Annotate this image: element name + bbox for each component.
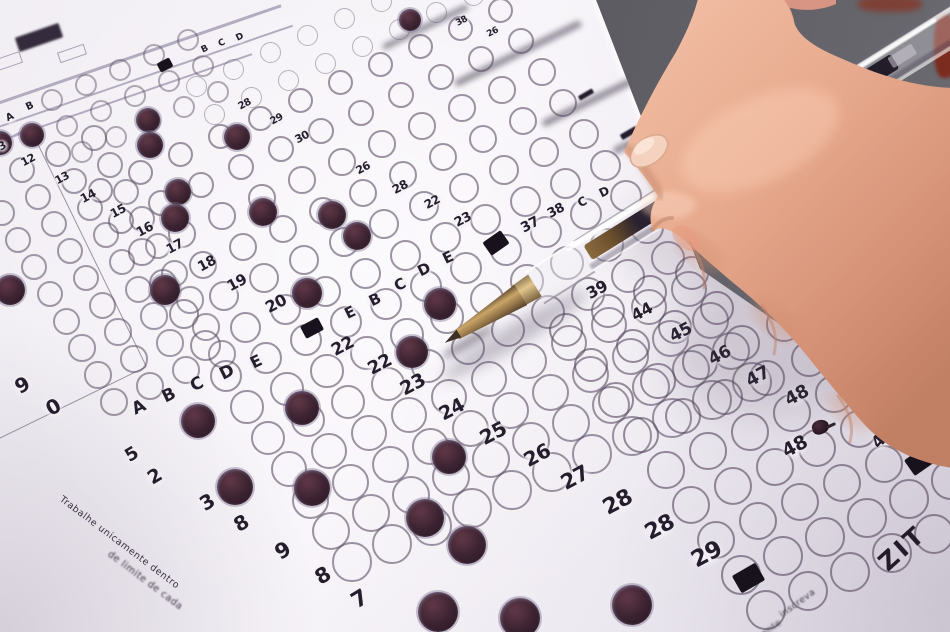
skin-highlight <box>640 191 696 219</box>
photo-answer-sheet-scene: 1213141516171819202222232425262728282928… <box>0 0 950 632</box>
hand <box>0 0 950 632</box>
